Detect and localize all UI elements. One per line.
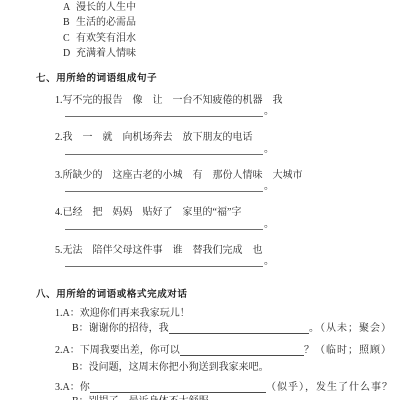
option-text: 生活的必需品: [76, 17, 136, 28]
item-words: 我 一 就 向机场奔去 放下朋友的电话: [63, 132, 253, 143]
answer-blank[interactable]: [65, 218, 263, 230]
section7-heading: 七、用所给的词语组成句子: [36, 70, 157, 84]
answer-line-4: 。: [65, 218, 274, 230]
choice-options: A漫长的人生中 B生活的必需品 C有欢笑有泪水 D充满着人情味: [63, 2, 136, 63]
item-number: 3.: [55, 170, 63, 181]
answer-blank[interactable]: [65, 180, 263, 192]
option-text: 漫长的人生中: [76, 2, 136, 13]
item-number: 1.: [55, 95, 63, 106]
hint-words: （似乎），发生了什么事？: [266, 381, 393, 394]
dialogue2-speaker-b: B：没问题，这周末你把小狗送到我家来吧。: [72, 361, 269, 374]
hint-words: ？（临时；照顾）: [304, 344, 392, 357]
answer-blank[interactable]: [65, 105, 263, 117]
hint-words: 。（从未；聚会）: [309, 322, 392, 335]
period-mark: 。: [264, 182, 274, 192]
dialogue2-speaker-a: 2.A：下周我要出差，你可以 ？（临时；照顾）: [55, 344, 392, 357]
dialogue-text: 3.A：你: [55, 381, 90, 394]
item-number: 2.: [55, 132, 63, 143]
answer-blank[interactable]: [169, 322, 309, 334]
answer-blank[interactable]: [90, 381, 266, 393]
period-mark: 。: [264, 145, 274, 155]
dialogue3-speaker-b: B：别提了，最近身体不太舒服。: [72, 395, 219, 400]
answer-blank[interactable]: [65, 143, 263, 155]
dialogue1-speaker-a: 1.A：欢迎你们再来我家玩儿！: [55, 307, 190, 320]
option-label: A: [63, 2, 76, 14]
option-label: B: [63, 17, 76, 29]
answer-line-5: 。: [65, 255, 274, 267]
period-mark: 。: [264, 220, 274, 230]
answer-blank[interactable]: [180, 344, 304, 356]
dialogue3-speaker-a: 3.A：你 （似乎），发生了什么事？: [55, 381, 393, 394]
item-number: 5.: [55, 245, 63, 256]
choice-option-a[interactable]: A漫长的人生中: [63, 2, 136, 17]
dialogue1-speaker-b: B：谢谢你的招待，我 。（从未；聚会）: [72, 322, 392, 335]
choice-option-c[interactable]: C有欢笑有泪水: [63, 33, 136, 48]
answer-line-1: 。: [65, 105, 274, 117]
dialogue-text: 2.A：下周我要出差，你可以: [55, 344, 180, 357]
choice-option-d[interactable]: D充满着人情味: [63, 48, 136, 63]
answer-line-2: 。: [65, 143, 274, 155]
item-words: 已经 把 妈妈 贴好了 家里的“福”字: [63, 207, 242, 218]
section8-heading: 八、用所给的词语或格式完成对话: [36, 286, 188, 300]
period-mark: 。: [264, 257, 274, 267]
dialogue-text: B：谢谢你的招待，我: [72, 322, 169, 335]
worksheet-page: A漫长的人生中 B生活的必需品 C有欢笑有泪水 D充满着人情味 七、用所给的词语…: [0, 0, 400, 400]
option-label: D: [63, 48, 76, 60]
choice-option-b[interactable]: B生活的必需品: [63, 17, 136, 32]
option-label: C: [63, 33, 76, 45]
option-text: 充满着人情味: [76, 48, 136, 59]
answer-blank[interactable]: [65, 255, 263, 267]
period-mark: 。: [264, 107, 274, 117]
item-number: 4.: [55, 207, 63, 218]
answer-line-3: 。: [65, 180, 274, 192]
option-text: 有欢笑有泪水: [76, 33, 136, 44]
